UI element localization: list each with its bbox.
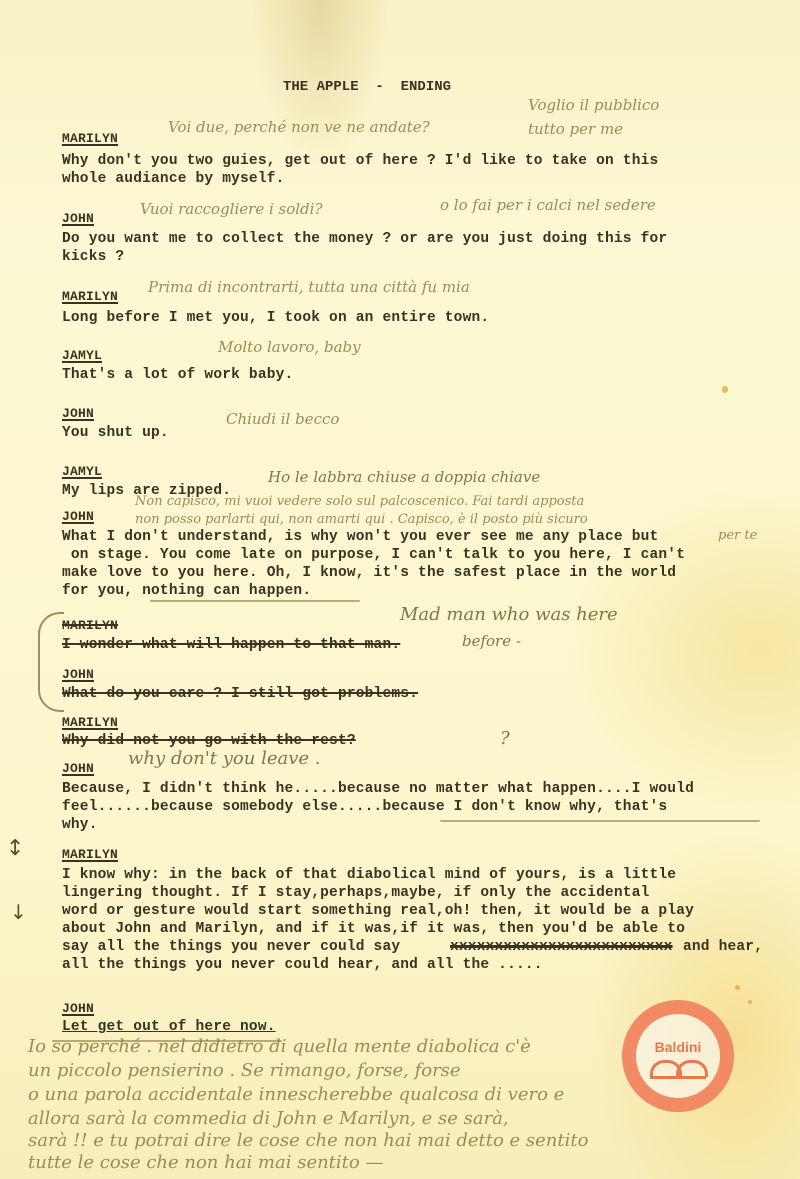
dialogue-line: You shut up. [62,424,169,442]
handwritten-annotation: why don't you leave . [128,748,320,769]
dialogue-line: I know why: in the back of that diabolic… [62,866,676,884]
handwritten-translation-line: sarà !! e tu potrai dire le cose che non… [28,1130,588,1151]
speaker-name: MARILYN [62,617,118,635]
crossed-out-text: xxxxxxxxxxxxxxxxxxxxxxxxx [450,938,673,956]
dialogue-line: Do you want me to collect the money ? or… [62,230,667,248]
hand-underline [440,820,760,822]
handwritten-annotation: o lo fai per i calci nel sedere [440,196,656,214]
handwritten-annotation: Chiudi il becco [226,410,339,428]
dialogue-line: Let get out of here now. [62,1018,276,1036]
speaker-name: JOHN [62,405,94,423]
handwritten-annotation: tutto per me [528,120,623,138]
handwritten-annotation: ? [500,728,510,749]
speaker-name: JOHN [62,210,94,228]
handwritten-annotation: Molto lavoro, baby [218,338,361,356]
speaker-name: JOHN [62,760,94,778]
stamp-label: Baldini [655,1039,702,1055]
dialogue-line: say all the things you never could say [62,938,400,956]
speaker-name: MARILYN [62,714,118,732]
dialogue-line: whole audiance by myself. [62,170,285,188]
handwritten-translation-line: o una parola accidentale innescherebbe q… [28,1084,564,1105]
margin-bracket [38,612,64,712]
margin-arrow-icon: ↓ [10,900,27,924]
stain [735,985,740,990]
baldini-stamp-logo: Baldini [622,1000,734,1112]
stain [748,1000,752,1004]
document-title: THE APPLE - ENDING [283,78,451,96]
dialogue-line: about John and Marilyn, and if it was,if… [62,920,685,938]
dialogue-line: Because, I didn't think he.....because n… [62,780,694,798]
dialogue-line: feel......because somebody else.....beca… [62,798,667,816]
handwritten-translation-line: tutte le cose che non hai mai sentito — [28,1152,383,1173]
stain [722,386,728,393]
dialogue-line: What do you care ? I still got problems. [62,685,418,703]
dialogue-line: I wonder what will happen to that man. [62,636,400,654]
handwritten-annotation: Vuoi raccogliere i soldi? [140,200,323,218]
dialogue-line: That's a lot of work baby. [62,366,293,384]
dialogue-line: kicks ? [62,248,124,266]
handwritten-translation-line: allora sarà la commedia di John e Marily… [28,1108,509,1129]
handwritten-annotation: Prima di incontrarti, tutta una città fu… [148,278,470,296]
speaker-name: MARILYN [62,288,118,306]
dialogue-line: why. [62,816,98,834]
hand-underline [150,600,360,602]
dialogue-line: on stage. You come late on purpose, I ca… [62,546,685,564]
handwritten-translation-line: un piccolo pensierino . Se rimango, fors… [28,1060,461,1081]
speaker-name: JOHN [62,1000,94,1018]
handwritten-annotation: Ho le labbra chiuse a doppia chiave [268,468,540,486]
speaker-name: MARILYN [62,130,118,148]
speaker-name: JOHN [62,508,94,526]
handwritten-annotation: Non capisco, mi vuoi vedere solo sul pal… [135,494,584,509]
speaker-name: JAMYL [62,463,102,481]
dialogue-line: make love to you here. Oh, I know, it's … [62,564,676,582]
handwritten-annotation: per te [718,528,757,543]
dialogue-line: for you, nothing can happen. [62,582,311,600]
handwritten-annotation: Voglio il pubblico [528,96,659,114]
handwritten-annotation: Voi due, perché non ve ne andate? [168,118,430,136]
handwritten-translation-line: Io so perché . nel didietro di quella me… [28,1036,531,1057]
dialogue-line: and hear, [683,938,763,956]
dialogue-line: word or gesture would start something re… [62,902,694,920]
dialogue-line: Long before I met you, I took on an enti… [62,309,489,327]
handwritten-annotation: before - [462,632,521,650]
speaker-name: JOHN [62,666,94,684]
dialogue-line: lingering thought. If I stay,perhaps,may… [62,884,650,902]
speaker-name: JAMYL [62,347,102,365]
dialogue-line: Why don't you two guies, get out of here… [62,152,658,170]
arches-icon [650,1057,706,1079]
handwritten-annotation: Mad man who was here [400,604,618,625]
margin-arrow-icon: ↕ [6,836,24,861]
handwritten-annotation: non posso parlarti qui, non amarti qui .… [135,512,588,527]
speaker-name: MARILYN [62,846,118,864]
dialogue-line: What I don't understand, is why won't yo… [62,528,658,546]
dialogue-line: all the things you never could hear, and… [62,956,543,974]
